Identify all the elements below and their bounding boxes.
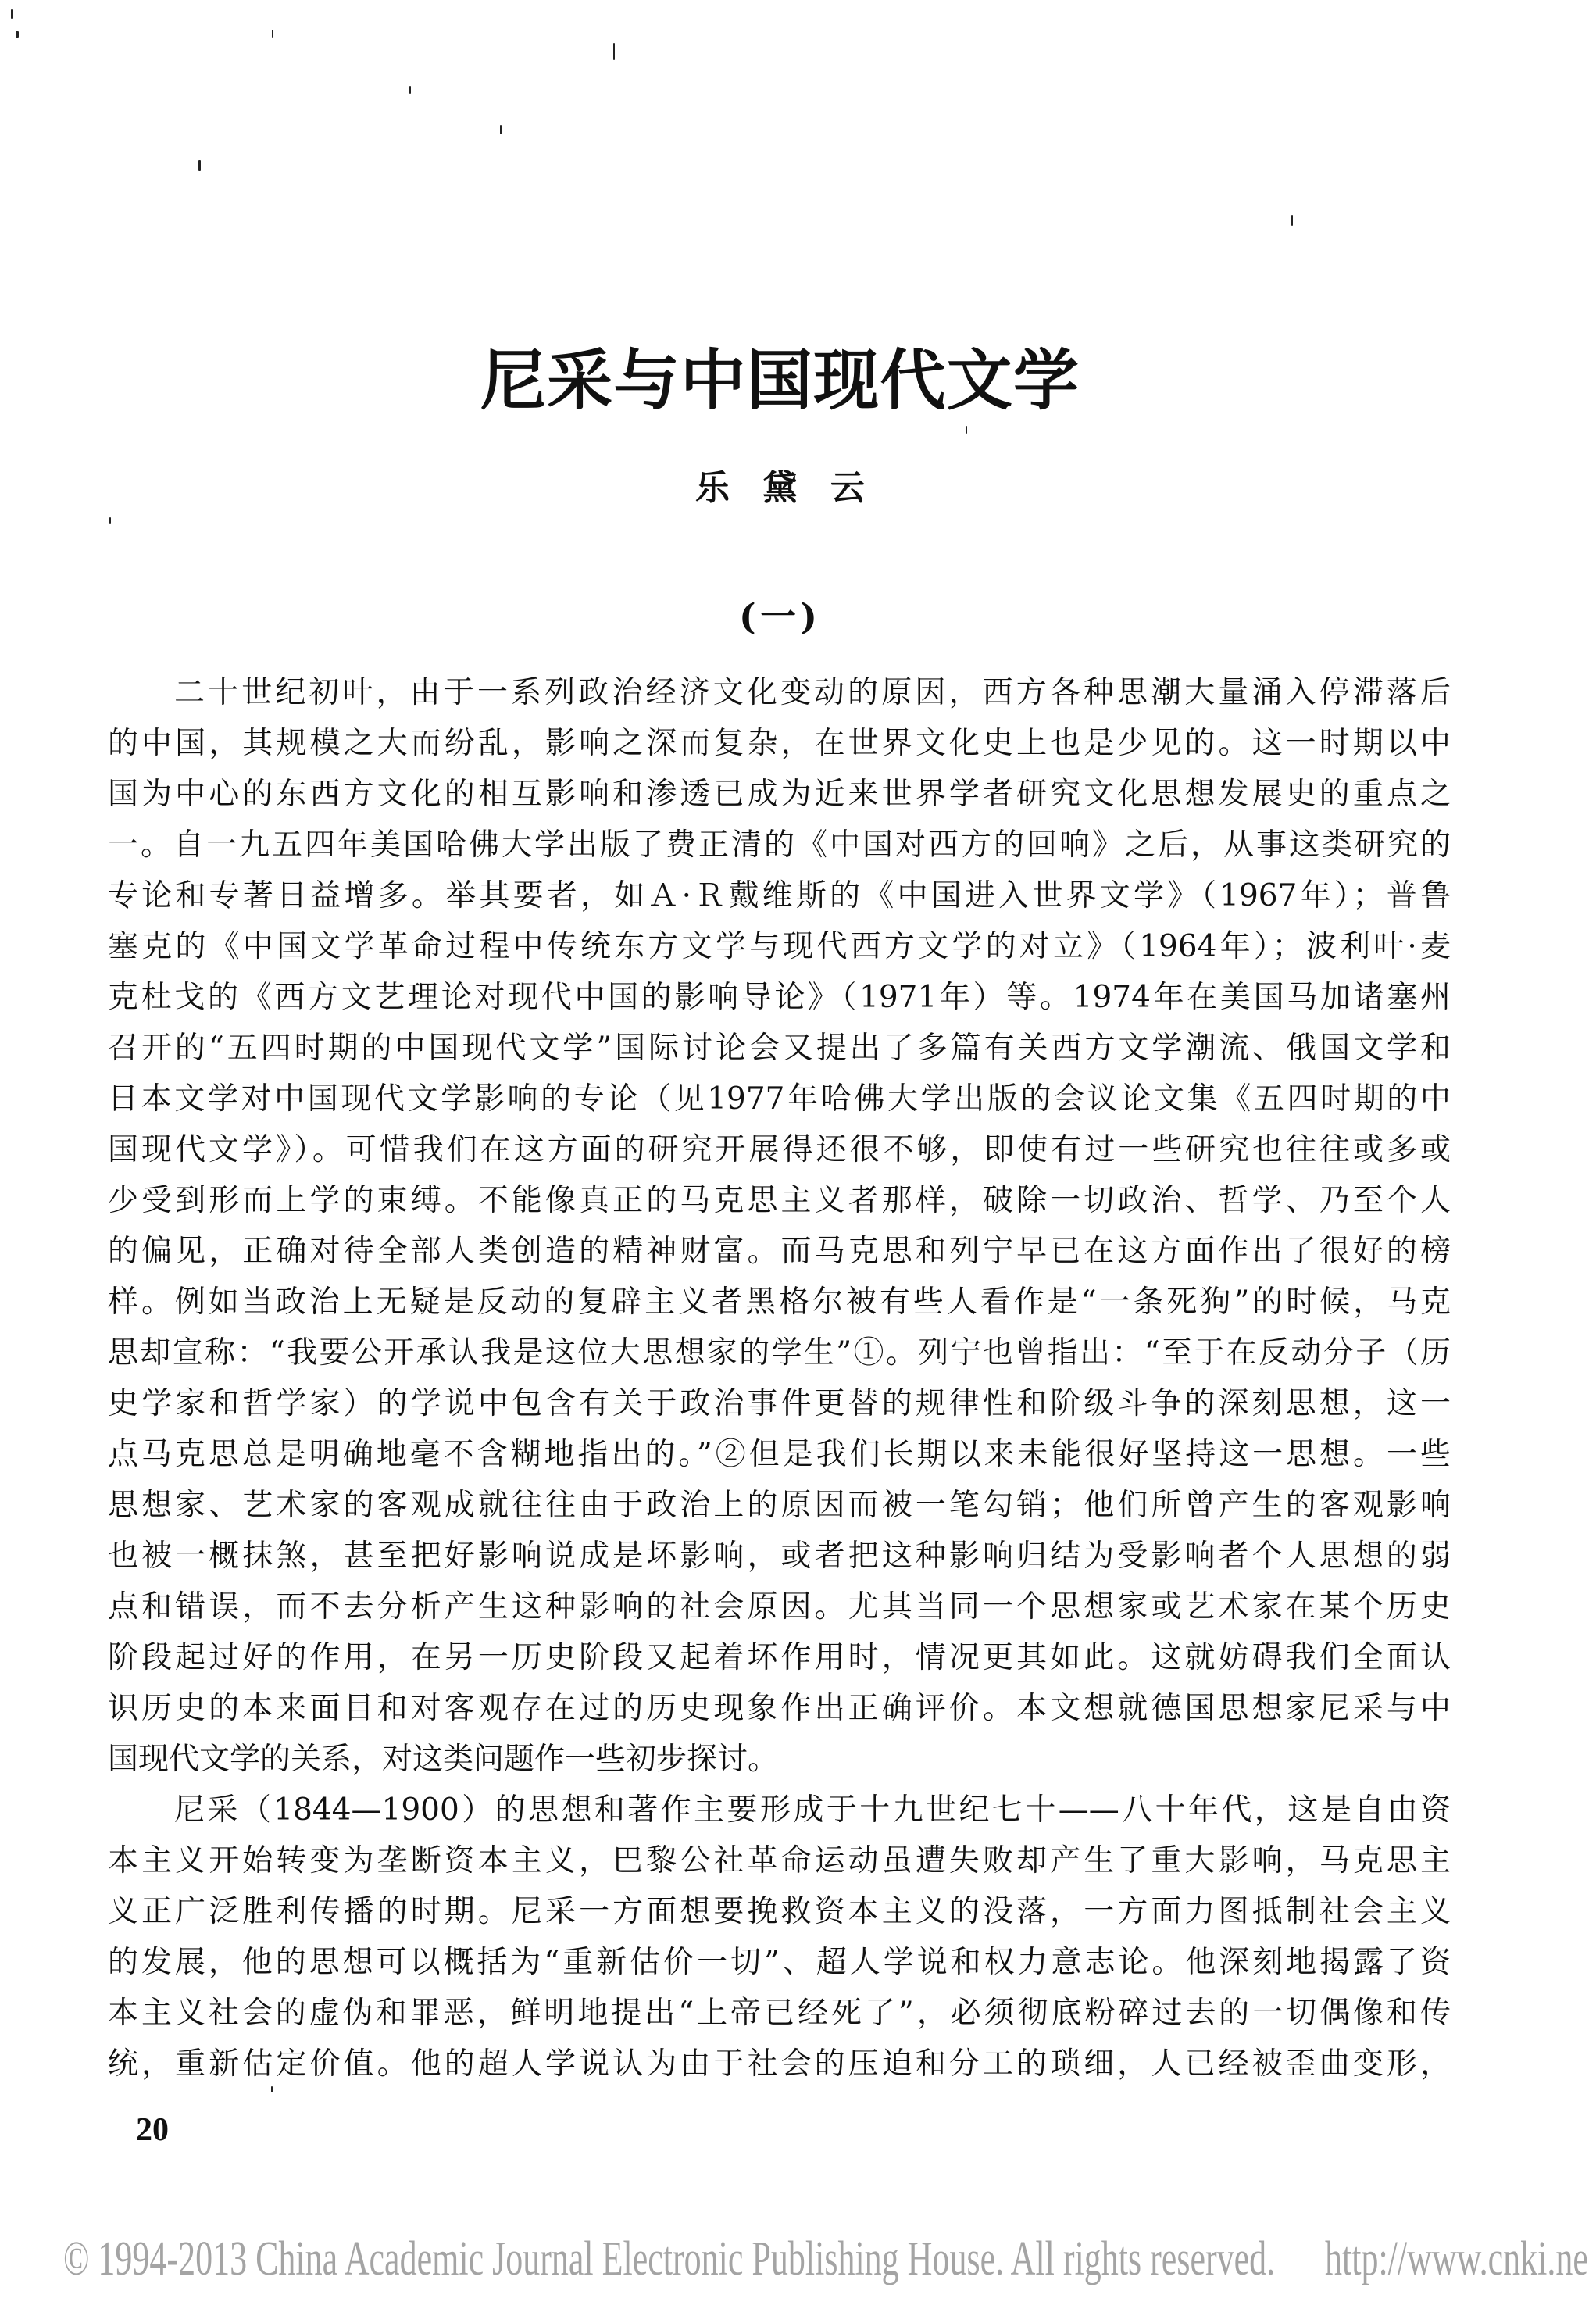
- text-line: 点和错误，而不去分析产生这种影响的社会原因。尤其当同一个思想家或艺术家在某个历史: [108, 1581, 1451, 1632]
- copyright-notice: © 1994-2013 China Academic Journal Elect…: [63, 2233, 1275, 2284]
- author-name: 乐黛云: [695, 465, 865, 512]
- text-line: 识历史的本来面目和对客观存在过的历史现象作出正确评价。本文想就德国思想家尼采与中: [108, 1683, 1451, 1734]
- paragraph: 二十世纪初叶，由于一系列政治经济文化变动的原因，西方各种思潮大量涌入停滞落后 的…: [108, 667, 1451, 1785]
- text-line: 史学家和哲学家）的学说中包含有关于政治事件更替的规律性和阶级斗争的深刻思想，这一: [108, 1378, 1451, 1429]
- text-line: 召开的“五四时期的中国现代文学”国际讨论会又提出了多篇有关西方文学潮流、俄国文学…: [108, 1023, 1451, 1074]
- text-line: 阶段起过好的作用，在另一历史阶段又起着坏作用时，情况更其如此。这就妨碍我们全面认: [108, 1632, 1451, 1683]
- text-line: 国现代文学的关系，对这类问题作一些初步探讨。: [108, 1734, 1451, 1785]
- text-line: 的偏见，正确对待全部人类创造的精神财富。而马克思和列宁早已在这方面作出了很好的榜: [108, 1226, 1451, 1277]
- scan-speck: [613, 43, 615, 60]
- text-line: 尼采（1844—1900）的思想和著作主要形成于十九世纪七十——八十年代，这是自…: [108, 1785, 1451, 1835]
- scan-speck: [500, 125, 502, 134]
- text-line: 本主义社会的虚伪和罪恶，鲜明地提出“上帝已经死了”，必须彻底粉碎过去的一切偶像和…: [108, 1988, 1451, 2039]
- text-line: 国为中心的东西方文化的相互影响和渗透已成为近来世界学者研究文化思想发展史的重点之: [108, 769, 1451, 820]
- text-line: 二十世纪初叶，由于一系列政治经济文化变动的原因，西方各种思潮大量涌入停滞落后: [108, 667, 1451, 718]
- text-line: 克杜戈的《西方文艺理论对现代中国的影响导论》（1971年）等。1974年在美国马…: [108, 972, 1451, 1023]
- scan-speck: [966, 426, 967, 434]
- text-line: 国现代文学》）。可惜我们在这方面的研究开展得还很不够，即使有过一些研究也往往或多…: [108, 1124, 1451, 1175]
- scan-speck: [1291, 215, 1293, 226]
- scan-speck: [16, 31, 19, 38]
- scan-speck: [409, 86, 411, 94]
- text-line: 统，重新估定价值。他的超人学说认为由于社会的压迫和分工的琐细，人已经被歪曲变形，: [108, 2039, 1451, 2089]
- section-heading: (一): [739, 593, 817, 640]
- footer-url-link[interactable]: http://www.cnki.ne: [1325, 2233, 1588, 2284]
- text-line: 一。自一九五四年美国哈佛大学出版了费正清的《中国对西方的回响》之后，从事这类研究…: [108, 820, 1451, 870]
- text-line: 日本文学对中国现代文学影响的专论（见1977年哈佛大学出版的会议论文集《五四时期…: [108, 1074, 1451, 1124]
- page-number: 20: [136, 2113, 169, 2147]
- text-line: 样。例如当政治上无疑是反动的复辟主义者黑格尔被有些人看作是“一条死狗”的时候，马…: [108, 1277, 1451, 1328]
- text-line: 义正广泛胜利传播的时期。尼采一方面想要挽救资本主义的没落，一方面力图抵制社会主义: [108, 1886, 1451, 1937]
- text-line: 的发展，他的思想可以概括为“重新估价一切”、超人学说和权力意志论。他深刻地揭露了…: [108, 1937, 1451, 1988]
- text-line: 的中国，其规模之大而纷乱，影响之深而复杂，在世界文化史上也是少见的。这一时期以中: [108, 718, 1451, 769]
- scan-speck: [109, 517, 111, 524]
- text-line: 也被一概抹煞，甚至把好影响说成是坏影响，或者把这种影响归结为受影响者个人思想的弱: [108, 1531, 1451, 1581]
- scan-speck: [272, 30, 273, 38]
- text-line: 思却宣称：“我要公开承认我是这位大思想家的学生”①。列宁也曾指出：“至于在反动分…: [108, 1328, 1451, 1378]
- text-line: 塞克的《中国文学革命过程中传统东方文学与现代西方文学的对立》（1964年）；波利…: [108, 921, 1451, 972]
- paragraph: 尼采（1844—1900）的思想和著作主要形成于十九世纪七十——八十年代，这是自…: [108, 1785, 1451, 2089]
- text-line: 少受到形而上学的束缚。不能像真正的马克思主义者那样，破除一切政治、哲学、乃至个人: [108, 1175, 1451, 1226]
- text-line: 思想家、艺术家的客观成就往往由于政治上的原因而被一笔勾销；他们所曾产生的客观影响: [108, 1480, 1451, 1531]
- text-line: 本主义开始转变为垄断资本主义，巴黎公社革命运动虽遭失败却产生了重大影响，马克思主: [108, 1835, 1451, 1886]
- article-body: 二十世纪初叶，由于一系列政治经济文化变动的原因，西方各种思潮大量涌入停滞落后 的…: [108, 667, 1451, 2089]
- scan-speck: [11, 9, 13, 19]
- scan-speck: [198, 160, 201, 171]
- text-line: 点马克思总是明确地毫不含糊地指出的。”②但是我们长期以来未能很好坚持这一思想。一…: [108, 1429, 1451, 1480]
- article-title: 尼采与中国现代文学: [480, 341, 1079, 420]
- text-line: 专论和专著日益增多。举其要者，如Ａ·Ｒ戴维斯的《中国进入世界文学》（1967年）…: [108, 870, 1451, 921]
